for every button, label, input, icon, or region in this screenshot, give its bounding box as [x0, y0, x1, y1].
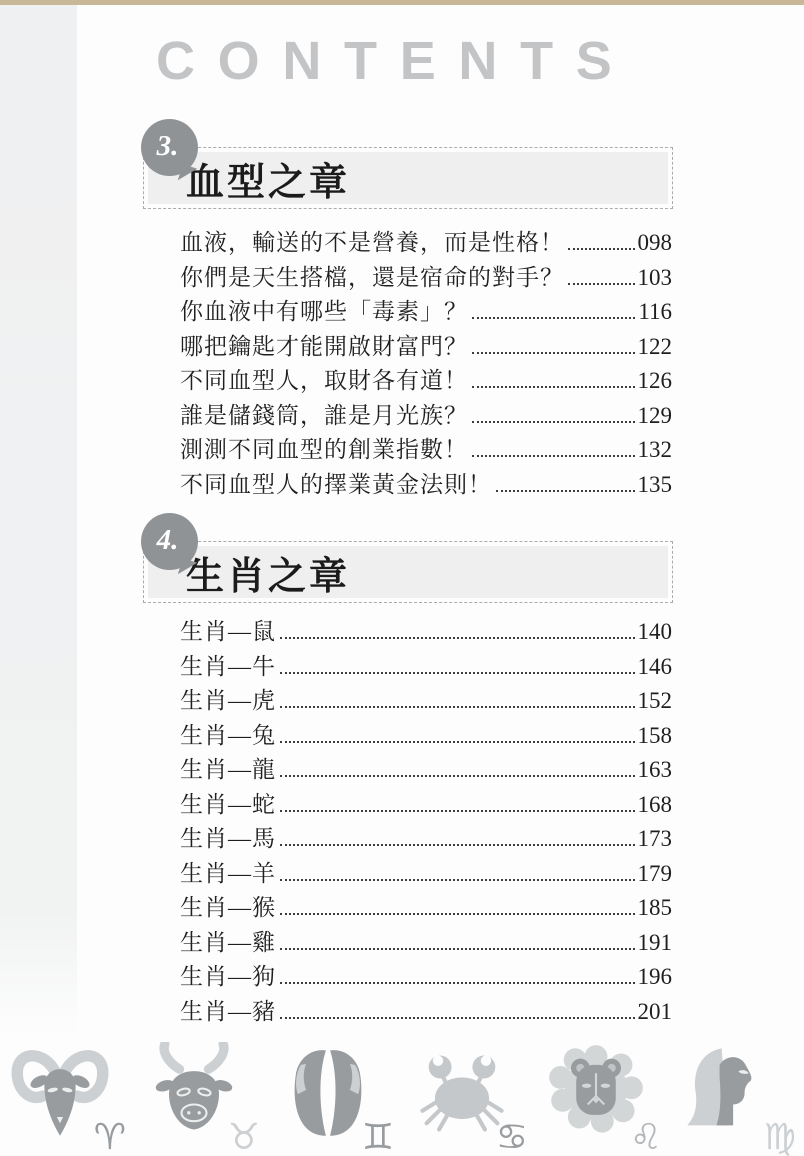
zodiac-cell-gemini: ♊: [268, 1040, 402, 1156]
toc-item-label: 你們是天生搭檔，還是宿命的對手？: [180, 259, 564, 292]
toc-row: 生肖—虎152: [180, 682, 672, 717]
toc-item-page: 129: [638, 403, 673, 429]
toc-item-label: 生肖—雞: [180, 924, 276, 957]
toc-row: 生肖—猴185: [180, 889, 672, 924]
dot-leader: [472, 386, 635, 388]
leo-symbol-icon: ♌: [630, 1120, 662, 1156]
toc-item-label: 你血液中有哪些「毒素」？: [180, 293, 468, 326]
dot-leader: [496, 490, 635, 492]
toc-item-label: 生肖—虎: [180, 682, 276, 715]
section-3-header: 血型之章: [143, 147, 673, 209]
toc-row: 生肖—雞191: [180, 924, 672, 959]
toc-item-page: 168: [638, 792, 673, 818]
dot-leader: [472, 455, 635, 457]
zodiac-icon-band: ♈ ♉ ♊: [0, 1040, 804, 1156]
toc-item-label: 血液，輸送的不是營養，而是性格！: [180, 224, 564, 257]
virgo-symbol-icon: ♍: [764, 1120, 796, 1156]
toc-row: 不同血型人的擇業黃金法則！135: [180, 466, 672, 501]
toc-item-label: 生肖—豬: [180, 993, 276, 1026]
toc-item-page: 122: [638, 334, 673, 360]
section-4-header: 生肖之章: [143, 541, 673, 603]
toc-item-page: 140: [638, 619, 673, 645]
toc-row: 血液，輸送的不是營養，而是性格！098: [180, 224, 672, 259]
toc-item-page: 152: [638, 688, 673, 714]
toc-item-page: 126: [638, 368, 673, 394]
toc-item-label: 生肖—龍: [180, 751, 276, 784]
dot-leader: [280, 948, 635, 950]
dot-leader: [472, 421, 635, 423]
toc-item-label: 生肖—鼠: [180, 613, 276, 646]
toc-item-page: 103: [638, 265, 673, 291]
toc-item-page: 135: [638, 472, 673, 498]
section-4-title: 生肖之章: [186, 545, 350, 600]
toc-item-label: 誰是儲錢筒，誰是月光族？: [180, 397, 468, 430]
toc-row: 測測不同血型的創業指數！132: [180, 431, 672, 466]
toc-item-label: 生肖—狗: [180, 958, 276, 991]
top-accent-bar: [0, 0, 804, 5]
zodiac-cell-taurus: ♉: [134, 1040, 268, 1156]
zodiac-cell-aries: ♈: [0, 1040, 134, 1156]
dot-leader: [568, 283, 635, 285]
toc-item-label: 生肖—兔: [180, 717, 276, 750]
toc-row: 生肖—蛇168: [180, 786, 672, 821]
section-3-badge: 3.: [141, 119, 198, 176]
toc-row: 你血液中有哪些「毒素」？116: [180, 293, 672, 328]
dot-leader: [280, 672, 635, 674]
dot-leader: [472, 317, 635, 319]
page-title: CONTENTS: [156, 30, 634, 92]
toc-row: 你們是天生搭檔，還是宿命的對手？103: [180, 259, 672, 294]
toc-item-page: 201: [638, 999, 673, 1025]
taurus-symbol-icon: ♉: [228, 1120, 260, 1156]
aries-symbol-icon: ♈: [94, 1120, 126, 1156]
cancer-symbol-icon: ♋: [496, 1120, 528, 1156]
toc-item-label: 生肖—蛇: [180, 786, 276, 819]
section-4-toc-list: 生肖—鼠140 生肖—牛146 生肖—虎152 生肖—兔158 生肖—龍163 …: [180, 613, 672, 1028]
toc-item-page: 185: [638, 895, 673, 921]
toc-row: 生肖—豬201: [180, 993, 672, 1028]
dot-leader: [280, 810, 635, 812]
toc-item-page: 163: [638, 757, 673, 783]
zodiac-cell-virgo: ♍: [670, 1040, 804, 1156]
toc-item-page: 132: [638, 437, 673, 463]
toc-item-label: 不同血型人，取財各有道！: [180, 362, 468, 395]
zodiac-cell-cancer: ♋: [402, 1040, 536, 1156]
section-4-badge-number: 4.: [157, 524, 179, 557]
toc-row: 哪把鑰匙才能開啟財富門？122: [180, 328, 672, 363]
book-contents-page: CONTENTS 3. 血型之章 血液，輸送的不是營養，而是性格！098 你們是…: [0, 0, 804, 1156]
toc-item-label: 生肖—馬: [180, 820, 276, 853]
toc-item-page: 146: [638, 654, 673, 680]
toc-row: 誰是儲錢筒，誰是月光族？129: [180, 397, 672, 432]
toc-row: 生肖—狗196: [180, 958, 672, 993]
toc-row: 不同血型人，取財各有道！126: [180, 362, 672, 397]
dot-leader: [280, 1017, 635, 1019]
zodiac-cell-leo: ♌: [536, 1040, 670, 1156]
toc-item-page: 179: [638, 861, 673, 887]
toc-row: 生肖—羊179: [180, 855, 672, 890]
toc-item-page: 191: [638, 930, 673, 956]
toc-item-label: 不同血型人的擇業黃金法則！: [180, 466, 492, 499]
dot-leader: [472, 352, 635, 354]
dot-leader: [568, 248, 635, 250]
toc-item-label: 生肖—猴: [180, 889, 276, 922]
toc-item-page: 173: [638, 826, 673, 852]
toc-row: 生肖—鼠140: [180, 613, 672, 648]
toc-row: 生肖—兔158: [180, 717, 672, 752]
toc-item-page: 116: [638, 299, 672, 325]
toc-item-page: 158: [638, 723, 673, 749]
dot-leader: [280, 982, 635, 984]
toc-item-page: 098: [638, 230, 673, 256]
toc-item-label: 哪把鑰匙才能開啟財富門？: [180, 328, 468, 361]
left-margin-strip: [0, 5, 77, 1035]
section-3-header-fill: 血型之章: [148, 152, 668, 204]
toc-row: 生肖—馬173: [180, 820, 672, 855]
section-3-badge-number: 3.: [157, 130, 179, 163]
dot-leader: [280, 706, 635, 708]
dot-leader: [280, 913, 635, 915]
toc-item-label: 生肖—牛: [180, 648, 276, 681]
dot-leader: [280, 637, 635, 639]
section-4-badge: 4.: [141, 513, 198, 570]
toc-item-page: 196: [638, 964, 673, 990]
toc-row: 生肖—牛146: [180, 648, 672, 683]
dot-leader: [280, 775, 635, 777]
gemini-symbol-icon: ♊: [362, 1120, 394, 1156]
section-4-header-fill: 生肖之章: [148, 546, 668, 598]
dot-leader: [280, 741, 635, 743]
dot-leader: [280, 879, 635, 881]
section-3-toc-list: 血液，輸送的不是營養，而是性格！098 你們是天生搭檔，還是宿命的對手？103 …: [180, 224, 672, 500]
section-3-title: 血型之章: [186, 151, 350, 206]
dot-leader: [280, 844, 635, 846]
toc-item-label: 測測不同血型的創業指數！: [180, 431, 468, 464]
toc-row: 生肖—龍163: [180, 751, 672, 786]
toc-item-label: 生肖—羊: [180, 855, 276, 888]
